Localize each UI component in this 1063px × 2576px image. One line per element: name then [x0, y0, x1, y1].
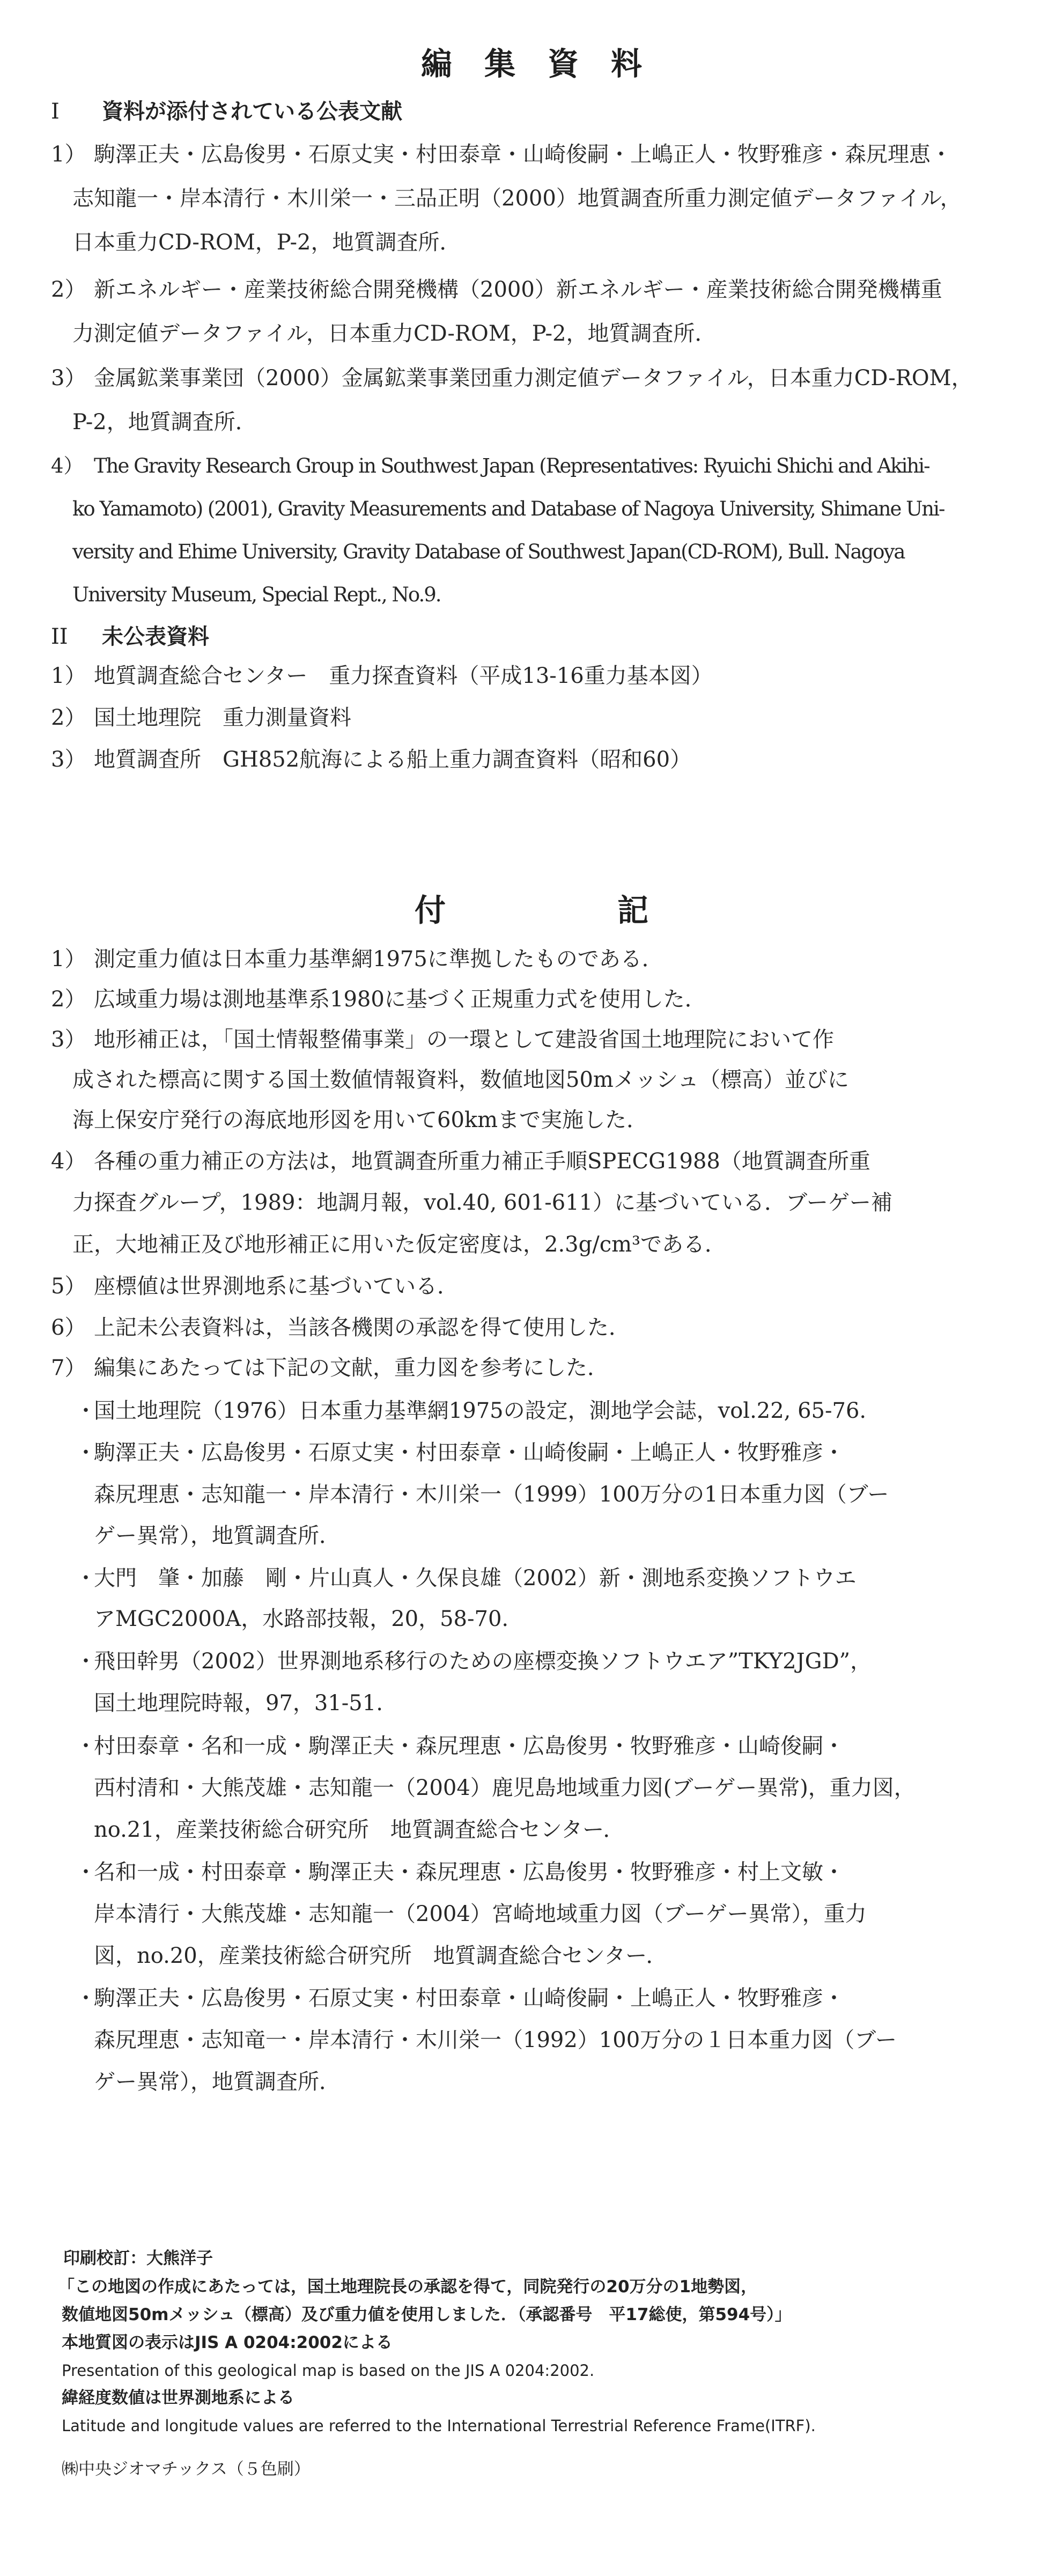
reference-line: 駒澤正夫・広島俊男・石原丈実・村田泰章・山崎俊嗣・上嶋正人・牧野雅彦・ — [94, 1440, 845, 1465]
item-text: 地質調査総合センター 重力探査資料（平成13-16重力基本図） — [94, 664, 713, 688]
reference-line: 大門 肇・加藤 剛・片山真人・久保良雄（2002）新・測地系変換ソフトウエ — [94, 1566, 857, 1591]
reference-line: 国土地理院時報，97，31-51. — [94, 1692, 383, 1714]
section-heading-unpublished: II未公表資料 — [51, 626, 209, 647]
datum-statement-ja: 緯経度数値は世界測地系による — [62, 2390, 294, 2406]
bullet: ・ — [75, 1988, 94, 2009]
item-number: 6） — [51, 1317, 94, 1338]
reference-line: 村田泰章・名和一成・駒澤正夫・森尻理恵・広島俊男・牧野雅彦・山崎俊嗣・ — [94, 1734, 845, 1758]
item-line: 駒澤正夫・広島俊男・石原丈実・村田泰章・山崎俊嗣・上嶋正人・牧野雅彦・森尻理恵・ — [94, 142, 952, 167]
reference-line: 飛田幹男（2002）世界測地系移行のための座標変換ソフトウエア”TKY2JGD”… — [94, 1649, 872, 1674]
bullet: ・ — [75, 1861, 94, 1883]
reference-line: 森尻理恵・志知龍一・岸本清行・木川栄一（1999）100万分の1日本重力図（ブー — [94, 1484, 889, 1505]
item-number: 3） — [51, 1029, 94, 1050]
item-line: versity and Ehime University, Gravity Da… — [72, 542, 904, 562]
reference-line: 岸本清行・大熊茂雄・志知龍一（2004）宮崎地域重力図（ブーゲー異常），重力 — [94, 1903, 867, 1925]
bullet: ・ — [75, 1400, 94, 1422]
permission-statement-line-2: 数値地図50mメッシュ（標高）及び重力値を使用しました．（承認番号 平17総使，… — [62, 2307, 792, 2323]
datum-statement-en: Latitude and longitude values are referr… — [62, 2418, 816, 2434]
reference-line: ゲー異常），地質調査所． — [94, 2071, 341, 2093]
unpublished-item-2: 2）国土地理院 重力測量資料 — [51, 707, 351, 728]
section-heading-text: 未公表資料 — [102, 624, 209, 649]
unpublished-item-3: 3）地質調査所 GH852航海による船上重力調査資料（昭和60） — [51, 749, 691, 770]
item-line: 力探査グループ，1989：地調月報，vol.40, 601-611）に基づいてい… — [72, 1192, 892, 1213]
reference-line: 国土地理院（1976）日本重力基準網1975の設定，測地学会誌，vol.22, … — [94, 1399, 866, 1423]
jis-statement-ja: 本地質図の表示はJIS A 0204:2002による — [62, 2335, 393, 2351]
item-line: 新エネルギー・産業技術総合開発機構（2000）新エネルギー・産業技術総合開発機構… — [94, 277, 942, 302]
item-number: 5） — [51, 1276, 94, 1297]
item-line: 日本重力CD-ROM，P-2，地質調査所． — [72, 232, 461, 253]
item-line: 金属鉱業事業団（2000）金属鉱業事業団重力測定値データファイル，日本重力CD-… — [94, 366, 973, 391]
item-number: 4） — [51, 1151, 94, 1172]
item-line: 上記未公表資料は，当該各機関の承認を得て使用した． — [94, 1315, 630, 1340]
item-line: 力測定値データファイル，日本重力CD-ROM，P-2，地質調査所． — [72, 323, 717, 344]
section-heading-text: 資料が添付されている公表文献 — [102, 99, 402, 124]
item-line: The Gravity Research Group in Southwest … — [94, 454, 929, 477]
item-number: 4） — [51, 456, 94, 476]
item-line: 編集にあたっては下記の文献，重力図を参考にした． — [94, 1356, 609, 1380]
reference-line: no.21，産業技術総合研究所 地質調査総合センター． — [94, 1819, 625, 1841]
item-line: 成された標高に関する国土数値情報資料，数値地図50mメッシュ（標高）並びに — [72, 1069, 849, 1091]
item-number: 2） — [51, 279, 94, 300]
item-number: 3） — [51, 367, 94, 389]
page-title-compilation: 編集資料 — [0, 39, 1063, 84]
item-text: 地質調査所 GH852航海による船上重力調査資料（昭和60） — [94, 747, 691, 772]
reference-line: 西村清和・大熊茂雄・志知龍一（2004）鹿児島地域重力図(ブーゲー異常)，重力図… — [94, 1777, 916, 1799]
item-number: 3） — [51, 749, 94, 770]
item-number: 1） — [51, 665, 94, 687]
permission-statement-line-1: 「この地図の作成にあたっては，国土地理院長の承認を得て，同院発行の20万分の1地… — [58, 2279, 757, 2295]
bullet: ・ — [75, 1735, 94, 1757]
section-numeral: I — [51, 101, 102, 122]
item-number: 2） — [51, 989, 94, 1010]
proofreading-credit: 印刷校訂：大熊洋子 — [63, 2250, 213, 2267]
item-line: 地形補正は，「国土情報整備事業」の一環として建設省国土地理院において作 — [94, 1027, 834, 1052]
bullet: ・ — [75, 1651, 94, 1672]
reference-line: ゲー異常），地質調査所． — [94, 1525, 341, 1547]
jis-statement-en: Presentation of this geological map is b… — [62, 2363, 594, 2379]
item-line: ko Yamamoto) (2001), Gravity Measurement… — [72, 499, 944, 519]
reference-line: 森尻理恵・志知竜一・岸本清行・木川栄一（1992）100万分の１日本重力図（ブー — [94, 2029, 897, 2051]
printer-credit: ㈱中央ジオマチックス（５色刷） — [62, 2461, 311, 2478]
item-line: P-2，地質調査所． — [72, 411, 257, 433]
item-line: 志知龍一・岸本清行・木川栄一・三品正明（2000）地質調査所重力測定値データファ… — [72, 188, 962, 209]
item-line: 正，大地補正及び地形補正に用いた仮定密度は，2.3g/cm³である． — [72, 1234, 726, 1255]
reference-line: 名和一成・村田泰章・駒澤正夫・森尻理恵・広島俊男・牧野雅彦・村上文敏・ — [94, 1860, 845, 1885]
item-line: 座標値は世界測地系に基づいている． — [94, 1274, 459, 1299]
reference-line: 駒澤正夫・広島俊男・石原丈実・村田泰章・山崎俊嗣・上嶋正人・牧野雅彦・ — [94, 1986, 845, 2011]
bullet: ・ — [75, 1442, 94, 1463]
section-numeral: II — [51, 626, 102, 647]
bullet: ・ — [75, 1567, 94, 1589]
reference-line: 図，no.20，産業技術総合研究所 地質調査総合センター． — [94, 1945, 668, 1967]
item-number: 7） — [51, 1357, 94, 1379]
item-line: 各種の重力補正の方法は，地質調査所重力補正手順SPECG1988（地質調査所重 — [94, 1149, 870, 1174]
item-number: 1） — [51, 144, 94, 165]
unpublished-item-1: 1）地質調査総合センター 重力探査資料（平成13-16重力基本図） — [51, 665, 713, 687]
reference-line: アMGC2000A，水路部技報，20，58-70. — [94, 1608, 508, 1630]
item-text: 国土地理院 重力測量資料 — [94, 705, 351, 730]
item-line: 海上保安庁発行の海底地形図を用いて60kmまで実施した． — [72, 1109, 648, 1131]
item-line: 測定重力値は日本重力基準網1975に準拠したものである． — [94, 947, 663, 971]
section-heading-published: I資料が添付されている公表文献 — [51, 101, 402, 122]
item-number: 1） — [51, 948, 94, 970]
item-line: University Museum, Special Rept., No.9. — [72, 585, 441, 605]
item-number: 2） — [51, 707, 94, 728]
item-line: 広域重力場は測地基準系1980に基づく正規重力式を使用した． — [94, 987, 706, 1012]
page-title-notes: 付記 — [0, 885, 1063, 930]
